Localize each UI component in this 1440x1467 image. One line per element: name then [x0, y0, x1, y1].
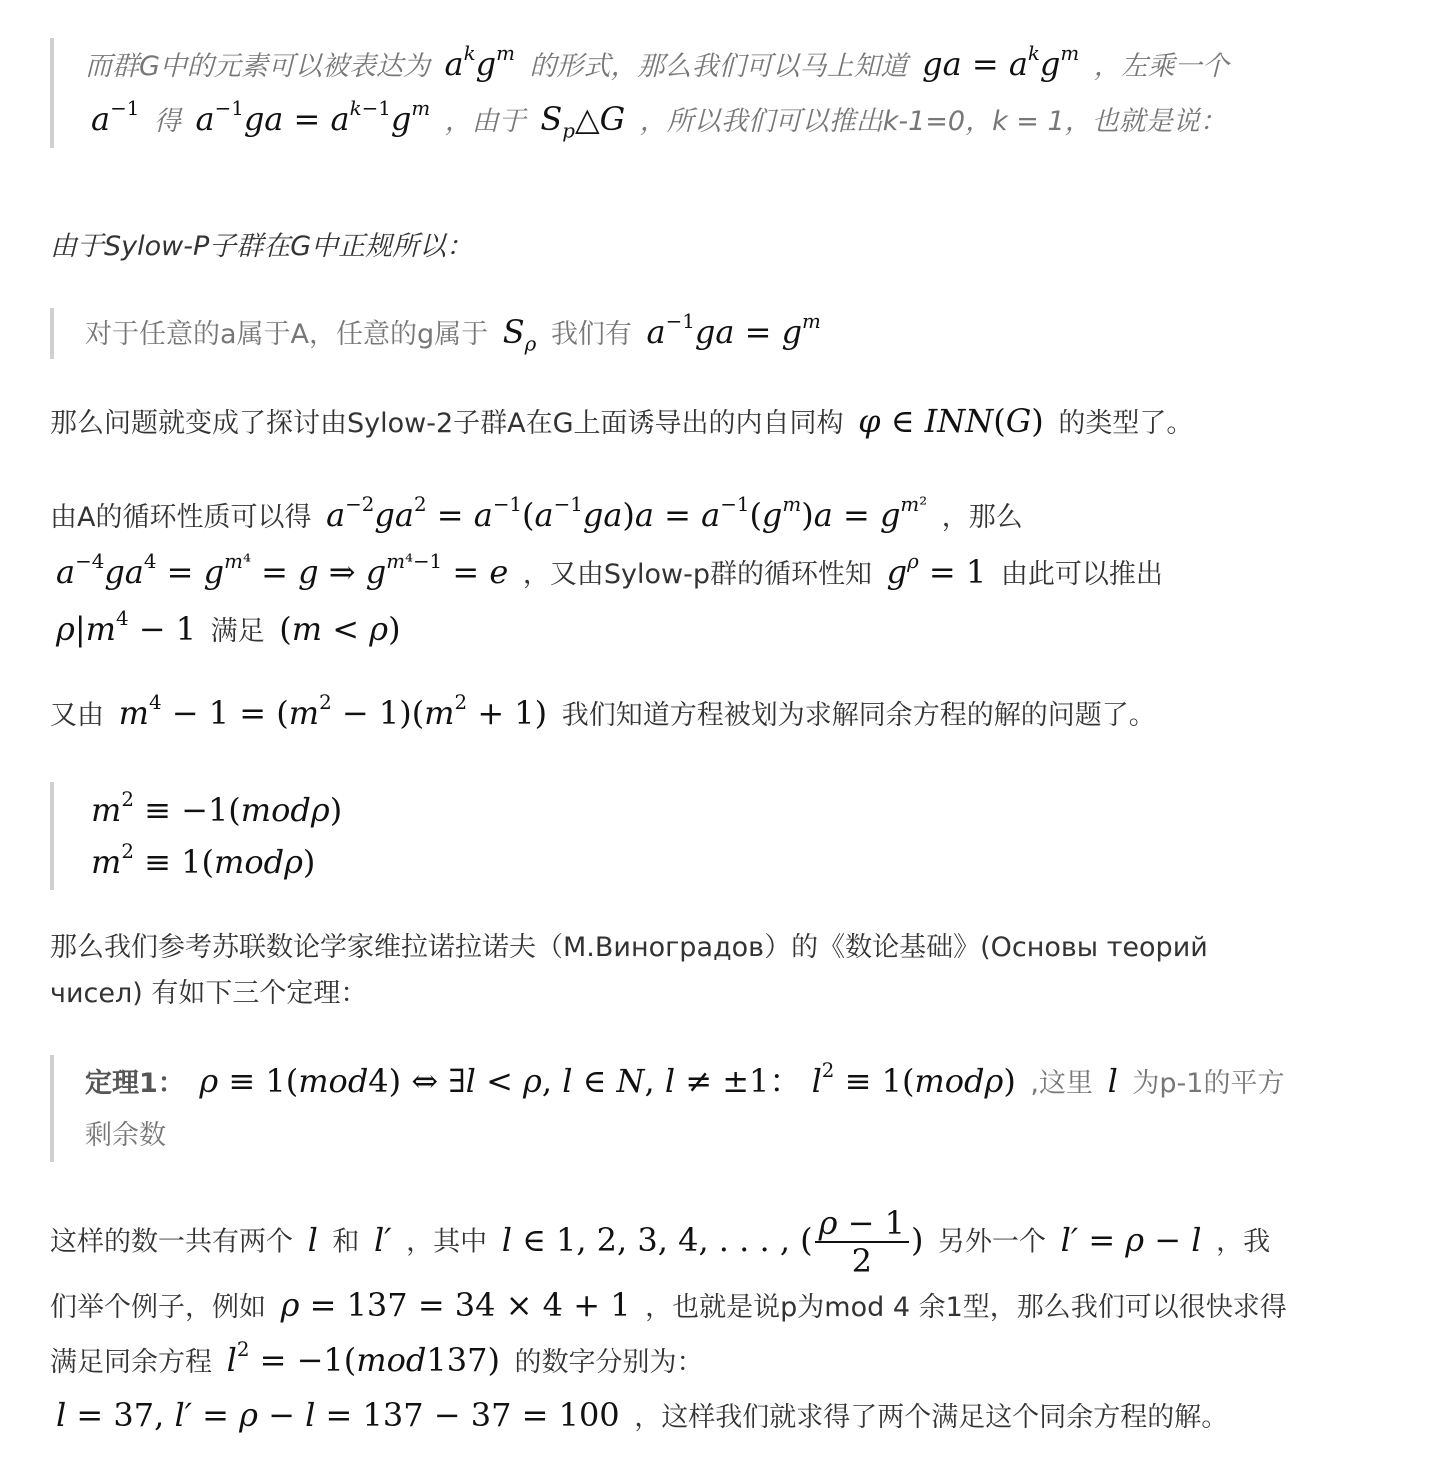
para2-text-5: 满足: [211, 616, 265, 647]
formula-s-rho: Sρ: [497, 313, 543, 351]
formula-m-less-rho: (m < ρ): [273, 610, 406, 648]
formula-a4-conjugate: a−4ga4 = gm⁴ = g ⇒ gm⁴−1 = e: [50, 553, 514, 591]
formula-m2-plus1: m2 ≡ 1(modρ): [85, 836, 685, 888]
quote1-text-6: ，所以我们可以推出k-1=0，k = 1，也就是说：: [640, 106, 1227, 137]
blockquote-theorem-1: 定理1： ρ ≡ 1(mod4) ⇔ ∃l < ρ, l ∈ N, l ≠ ±1…: [50, 1055, 1285, 1162]
formula-theorem-1: ρ ≡ 1(mod4) ⇔ ∃l < ρ, l ∈ N, l ≠ ±1： l2 …: [193, 1062, 1021, 1100]
quote1-text-4: 得: [154, 106, 181, 137]
para1-text-2: 的类型了。: [1058, 408, 1193, 439]
formula-rho-137: ρ = 137 = 34 × 4 + 1: [275, 1286, 637, 1324]
paragraph-vinogradov-reference: 那么我们参考苏联数论学家维拉诺拉诺夫（M.Виноградов）的《数论基础》(…: [50, 925, 1280, 1017]
quote1-text-2: 的形式，那么我们可以马上知道: [530, 51, 908, 82]
para5-text-1: 这样的数一共有两个: [50, 1227, 293, 1258]
formula-l: l: [1102, 1062, 1124, 1100]
formula-m2-minus1: m2 ≡ −1(modρ): [85, 784, 685, 836]
formula-sp-normal: Sp△G: [534, 100, 631, 138]
quote1-text-5: ，由于: [445, 106, 526, 137]
formula-l-solutions: l = 37, l′ = ρ − l = 137 − 37 = 100: [50, 1396, 626, 1434]
formula-l-1: l: [302, 1221, 324, 1259]
formula-a2-conjugate: a−2ga2 = a−1(a−1ga)a = a−1(gm)a = gm²: [320, 496, 933, 534]
formula-m4-factor: m4 − 1 = (m2 − 1)(m2 + 1): [113, 694, 554, 732]
paragraph-factorization: 又由 m4 − 1 = (m2 − 1)(m2 + 1) 我们知道方程被划为求解…: [50, 690, 1290, 739]
formula-a-inv-ga-gm: a−1ga = gm: [641, 313, 827, 351]
formula-g-rho: gρ = 1: [881, 553, 993, 591]
para2-text-2: ，那么: [942, 502, 1023, 533]
quote2-text-2: 我们有: [551, 319, 632, 350]
blockquote-group-elements: 而群G中的元素可以被表达为 akgm 的形式，那么我们可以马上知道 ga = a…: [50, 38, 1285, 148]
paragraph-inner-automorphism: 那么问题就变成了探讨由Sylow-2子群A在G上面诱导出的内自同构 φ ∈ IN…: [50, 398, 1290, 447]
theorem-1-label: 定理1：: [85, 1068, 185, 1099]
formula-l2-mod137: l2 = −1(mod137): [221, 1341, 506, 1379]
quote1-text-1: 而群G中的元素可以被表达为: [85, 51, 430, 82]
formula-a-inverse: a−1: [85, 100, 145, 138]
formula-conjugate: a−1ga = ak−1gm: [190, 100, 437, 138]
para5-text-7: 的数字分别为：: [515, 1347, 704, 1378]
para5-text-4: 另外一个: [938, 1227, 1046, 1258]
para2-text-3: ，又由Sylow-p群的循环性知: [523, 559, 872, 590]
paragraph-cyclic-property: 由A的循环性质可以得 a−2ga2 = a−1(a−1ga)a = a−1(gm…: [50, 488, 1290, 659]
blockquote-congruences: m2 ≡ −1(modρ) m2 ≡ 1(modρ): [50, 782, 685, 890]
formula-ak-gm: akgm: [439, 45, 521, 83]
formula-phi-inn: φ ∈ INN(G): [852, 402, 1050, 440]
para5-text-2: 和: [332, 1227, 359, 1258]
theorem-1-text-1: ,这里: [1030, 1068, 1093, 1099]
para5-text-3: ，其中: [406, 1227, 487, 1258]
formula-l-range: l ∈ 1, 2, 3, 4, . . . , (ρ − 12): [496, 1221, 930, 1259]
sylow-normal-heading: 由于Sylow-P子群在G中正规所以：: [50, 224, 473, 270]
quote1-text-3: ，左乘一个: [1094, 51, 1229, 82]
para5-text-8: ，这样我们就求得了两个满足这个同余方程的解。: [634, 1402, 1228, 1433]
formula-ga-eq: ga = akgm: [916, 45, 1085, 83]
blockquote-any-a: 对于任意的a属于A，任意的g属于 Sρ 我们有 a−1ga = gm: [50, 308, 1285, 359]
para3-text-1: 又由: [50, 700, 104, 731]
para1-text-1: 那么问题就变成了探讨由Sylow-2子群A在G上面诱导出的内自同构: [50, 408, 844, 439]
formula-rho-divides: ρ|m4 − 1: [50, 610, 202, 648]
paragraph-example-137: 这样的数一共有两个 l 和 l′ ，其中 l ∈ 1, 2, 3, 4, . .…: [50, 1205, 1290, 1444]
formula-l-prime: l′: [368, 1221, 398, 1259]
para2-text-4: 由此可以推出: [1001, 559, 1163, 590]
formula-l-prime-def: l′ = ρ − l: [1055, 1221, 1208, 1259]
para3-text-2: 我们知道方程被划为求解同余方程的解的问题了。: [562, 700, 1156, 731]
quote2-text-1: 对于任意的a属于A，任意的g属于: [85, 319, 488, 350]
para2-text-1: 由A的循环性质可以得: [50, 502, 311, 533]
